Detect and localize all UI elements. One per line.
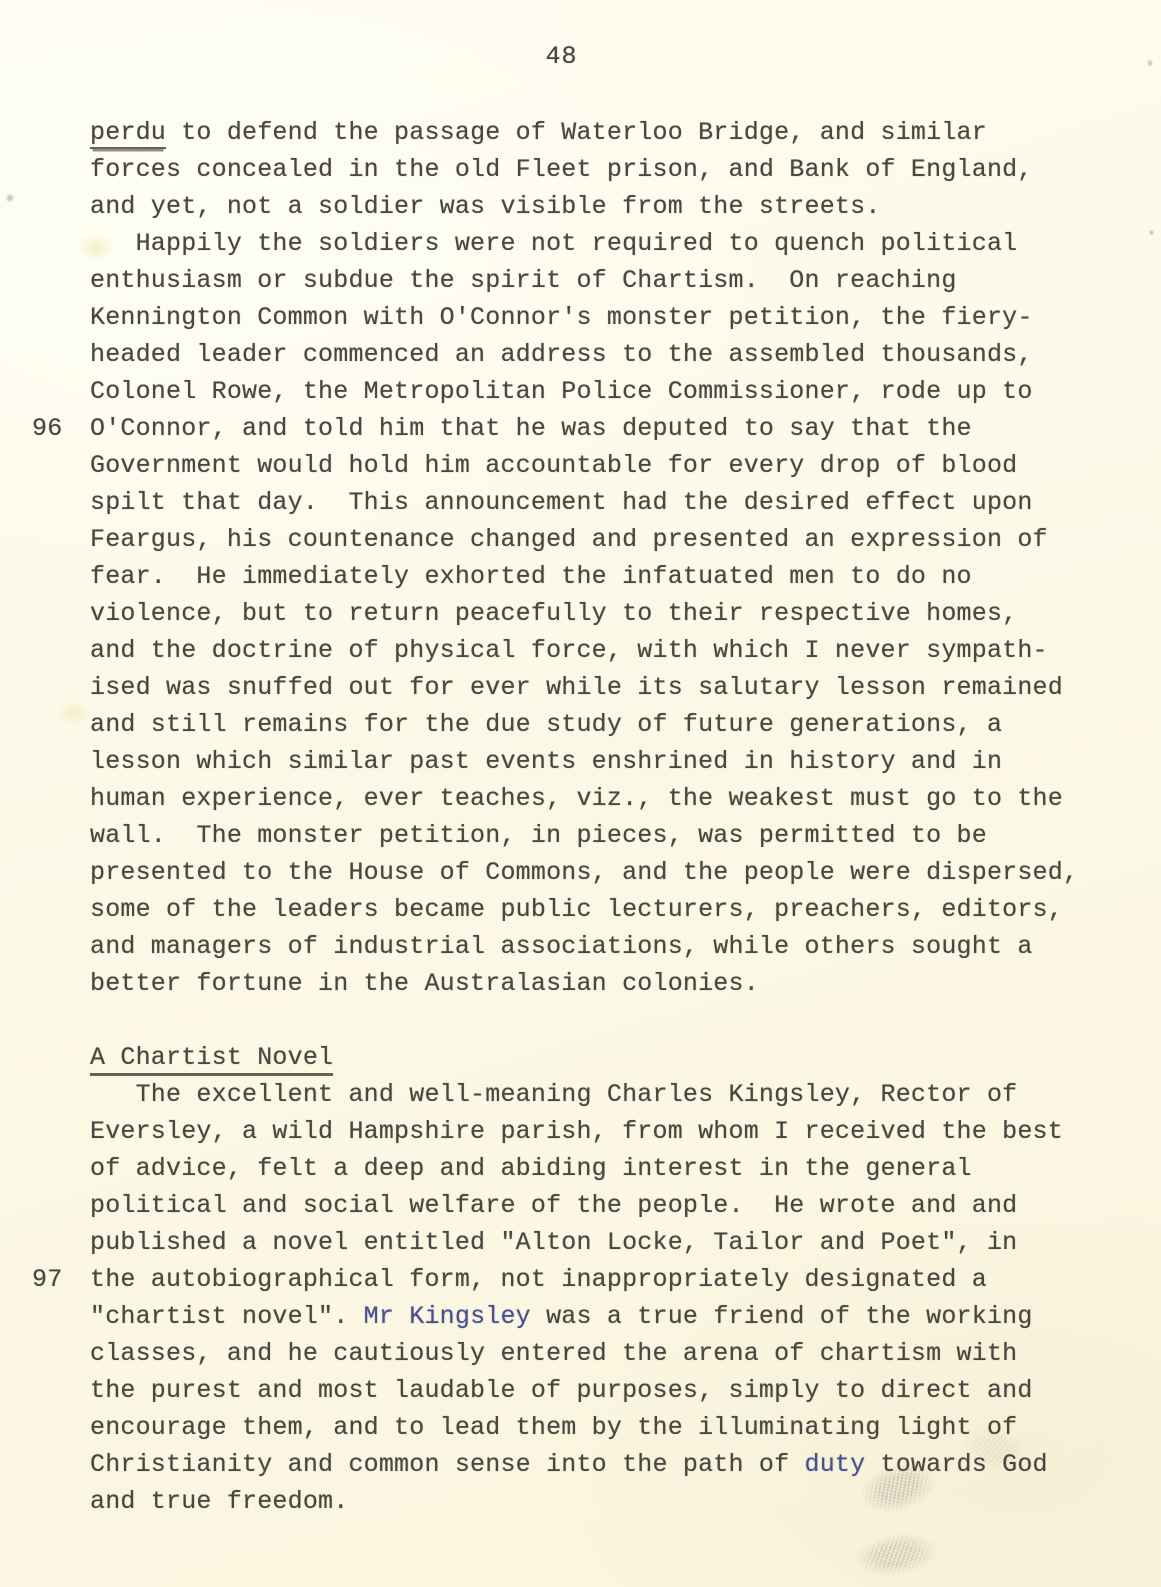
margin-note: 96 bbox=[32, 410, 62, 447]
text-line: and the doctrine of physical force, with… bbox=[90, 632, 1115, 669]
overstruck-blue-text: Mr Kingsley bbox=[364, 1302, 531, 1331]
text-line: some of the leaders became public lectur… bbox=[90, 891, 1115, 928]
text-line: perdu to defend the passage of Waterloo … bbox=[90, 114, 1115, 151]
typewritten-text: ised was snuffed out for ever while its … bbox=[90, 673, 1063, 702]
typewritten-text: encourage them, and to lead them by the … bbox=[90, 1413, 1017, 1442]
typewritten-text: fear. He immediately exhorted the infatu… bbox=[90, 562, 972, 591]
typewritten-text: better fortune in the Australasian colon… bbox=[90, 969, 759, 998]
paper-stain bbox=[52, 696, 96, 730]
text-line: Government would hold him accountable fo… bbox=[90, 447, 1115, 484]
typewritten-text: and still remains for the due study of f… bbox=[90, 710, 1002, 739]
typewritten-text: and yet, not a soldier was visible from … bbox=[90, 192, 881, 221]
text-line: and yet, not a soldier was visible from … bbox=[90, 188, 1115, 225]
typewritten-text: and true freedom. bbox=[90, 1487, 348, 1516]
typewritten-text: was a true friend of the working bbox=[531, 1302, 1033, 1331]
typewritten-text: to defend the passage of Waterloo Bridge… bbox=[166, 118, 987, 147]
text-line: 96O'Connor, and told him that he was dep… bbox=[90, 410, 1115, 447]
text-line: A Chartist Novel bbox=[90, 1039, 1115, 1076]
typewritten-text: The excellent and well-meaning Charles K… bbox=[90, 1080, 1017, 1109]
text-line: and managers of industrial associations,… bbox=[90, 928, 1115, 965]
typewritten-text: Happily the soldiers were not required t… bbox=[90, 229, 1017, 258]
typewritten-text: of advice, felt a deep and abiding inter… bbox=[90, 1154, 972, 1183]
page-number: 48 bbox=[0, 42, 1142, 71]
typewritten-text: spilt that day. This announcement had th… bbox=[90, 488, 1033, 517]
text-line: of advice, felt a deep and abiding inter… bbox=[90, 1150, 1115, 1187]
text-line: lesson which similar past events enshrin… bbox=[90, 743, 1115, 780]
text-line: the purest and most laudable of purposes… bbox=[90, 1372, 1115, 1409]
text-line: published a novel entitled "Alton Locke,… bbox=[90, 1224, 1115, 1261]
typewritten-text: enthusiasm or subdue the spirit of Chart… bbox=[90, 266, 957, 295]
typewritten-text: political and social welfare of the peop… bbox=[90, 1191, 1017, 1220]
scanned-typewritten-page: 48 perdu to defend the passage of Waterl… bbox=[0, 0, 1161, 1587]
text-line: Kennington Common with O'Connor's monste… bbox=[90, 299, 1115, 336]
text-line: The excellent and well-meaning Charles K… bbox=[90, 1076, 1115, 1113]
typewritten-text: headed leader commenced an address to th… bbox=[90, 340, 1033, 369]
typewritten-text: perdu bbox=[90, 118, 166, 149]
typewritten-text: wall. The monster petition, in pieces, w… bbox=[90, 821, 987, 850]
typewritten-text: Christianity and common sense into the p… bbox=[90, 1450, 805, 1479]
typewritten-text: classes, and he cautiously entered the a… bbox=[90, 1339, 1017, 1368]
typewritten-text: Government would hold him accountable fo… bbox=[90, 451, 1017, 480]
text-line: and still remains for the due study of f… bbox=[90, 706, 1115, 743]
typewritten-text: lesson which similar past events enshrin… bbox=[90, 747, 1002, 776]
text-line: headed leader commenced an address to th… bbox=[90, 336, 1115, 373]
text-line: fear. He immediately exhorted the infatu… bbox=[90, 558, 1115, 595]
typewritten-text: Feargus, his countenance changed and pre… bbox=[90, 525, 1048, 554]
typewritten-text: A Chartist Novel bbox=[90, 1043, 333, 1076]
text-line: better fortune in the Australasian colon… bbox=[90, 965, 1115, 1002]
text-line: forces concealed in the old Fleet prison… bbox=[90, 151, 1115, 188]
typewritten-text: human experience, ever teaches, viz., th… bbox=[90, 784, 1063, 813]
text-line: Eversley, a wild Hampshire parish, from … bbox=[90, 1113, 1115, 1150]
typewritten-text: the purest and most laudable of purposes… bbox=[90, 1376, 1033, 1405]
typewritten-text: presented to the House of Commons, and t… bbox=[90, 858, 1078, 887]
typewritten-text: Eversley, a wild Hampshire parish, from … bbox=[90, 1117, 1063, 1146]
pencil-smudge bbox=[839, 1521, 953, 1587]
opening-paragraph: perdu to defend the passage of Waterloo … bbox=[90, 114, 1115, 225]
text-line: ised was snuffed out for ever while its … bbox=[90, 669, 1115, 706]
kennington-paragraph: Happily the soldiers were not required t… bbox=[90, 225, 1115, 1002]
paper-speck bbox=[4, 192, 16, 204]
typewritten-text: Kennington Common with O'Connor's monste… bbox=[90, 303, 1033, 332]
text-line: spilt that day. This announcement had th… bbox=[90, 484, 1115, 521]
typewritten-text: forces concealed in the old Fleet prison… bbox=[90, 155, 1033, 184]
margin-note: 97 bbox=[32, 1261, 62, 1298]
text-line: 97the autobiographical form, not inappro… bbox=[90, 1261, 1115, 1298]
text-line: classes, and he cautiously entered the a… bbox=[90, 1335, 1115, 1372]
section-heading-a-chartist-novel: A Chartist Novel bbox=[90, 1039, 1115, 1076]
text-line: Feargus, his countenance changed and pre… bbox=[90, 521, 1115, 558]
text-line: human experience, ever teaches, viz., th… bbox=[90, 780, 1115, 817]
text-line: enthusiasm or subdue the spirit of Chart… bbox=[90, 262, 1115, 299]
text-body: perdu to defend the passage of Waterloo … bbox=[90, 114, 1115, 1520]
typewritten-text: violence, but to return peacefully to th… bbox=[90, 599, 1017, 628]
text-line: "chartist novel". Mr Kingsley was a true… bbox=[90, 1298, 1115, 1335]
typewritten-text: some of the leaders became public lectur… bbox=[90, 895, 1063, 924]
typewritten-text: published a novel entitled "Alton Locke,… bbox=[90, 1228, 1017, 1257]
typewritten-text: O'Connor, and told him that he was deput… bbox=[90, 414, 972, 443]
paper-speck bbox=[1148, 228, 1155, 237]
text-line: violence, but to return peacefully to th… bbox=[90, 595, 1115, 632]
text-line: Happily the soldiers were not required t… bbox=[90, 225, 1115, 262]
text-line: political and social welfare of the peop… bbox=[90, 1187, 1115, 1224]
text-line: and true freedom. bbox=[90, 1483, 1115, 1520]
typewritten-text: and managers of industrial associations,… bbox=[90, 932, 1033, 961]
typewritten-text: "chartist novel". bbox=[90, 1302, 364, 1331]
typewritten-text: and the doctrine of physical force, with… bbox=[90, 636, 1048, 665]
text-line: Colonel Rowe, the Metropolitan Police Co… bbox=[90, 373, 1115, 410]
text-line: presented to the House of Commons, and t… bbox=[90, 854, 1115, 891]
typewritten-text: Colonel Rowe, the Metropolitan Police Co… bbox=[90, 377, 1033, 406]
paper-stain bbox=[70, 228, 122, 266]
text-line: wall. The monster petition, in pieces, w… bbox=[90, 817, 1115, 854]
paper-speck bbox=[1146, 58, 1154, 68]
typewritten-text: the autobiographical form, not inappropr… bbox=[90, 1265, 987, 1294]
